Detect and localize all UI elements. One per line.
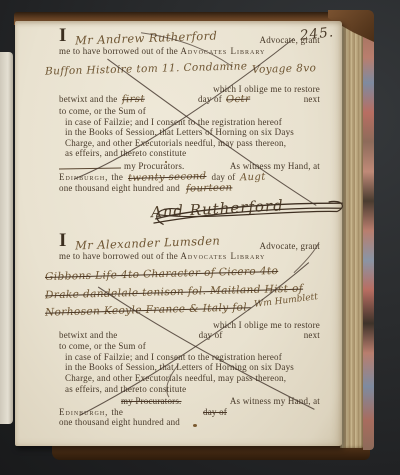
borrow-line: me to have borrowed out of the Advocates… [59, 251, 320, 262]
witness-label: As witness my Hand, at [230, 396, 320, 407]
borrowed-books-list: Gibbons Life 4to Character of Cicero 4to… [45, 264, 320, 318]
register-entry-1: I Mr Andrew Rutherford Advocate, grant m… [59, 29, 320, 224]
edinburgh-date-line: Edinburgh, the day of [59, 407, 320, 418]
failzie-line-3: Charge, and other Executorials needful, … [65, 138, 320, 149]
failzie-line-1: in case of Failzie; and I consent to the… [65, 352, 320, 363]
advocate-grant-label: Advocate, grant [260, 241, 320, 252]
next-label: next [304, 330, 320, 341]
day-of-label: day of [199, 330, 223, 341]
borrower-signature: And Rutherford [150, 193, 351, 229]
borrowed-books-list: Buffon Histoire tom 11. Condamine Voyage… [45, 59, 320, 77]
entry2-opening: I Mr Alexander Lumsden [59, 233, 221, 251]
return-date-line: betwixt and the first day of Octr next [59, 94, 320, 106]
book-title-line: Voyage 8vo [251, 63, 316, 76]
year-line-text: one thousand eight hundred and [59, 183, 180, 193]
marbled-cover-edge [363, 28, 374, 450]
borrow-line-text: me to have borrowed out of the [59, 251, 178, 261]
failzie-line-4: as effeirs, and thereto constitute [65, 148, 320, 159]
edinburgh-label: Edinburgh, [59, 172, 108, 183]
photo-background: 245. I Mr Andrew Rutherford Advocate, gr… [0, 0, 400, 475]
restore-line: which I oblige me to restore [59, 320, 320, 331]
initial-capital: I [59, 230, 66, 251]
return-day-handwritten: first [121, 94, 144, 106]
borrower-name-handwritten: Mr Alexander Lumsden [75, 234, 221, 253]
advocates-library-label: Advocates Library [180, 251, 265, 261]
failzie-line-2: in the Books of Session, that Letters of… [65, 127, 320, 138]
failzie-line-4: as effeirs, and thereto constitute [65, 384, 320, 395]
sum-line: to come, or the Sum of [59, 341, 320, 352]
year-line-text: one thousand eight hundred and [59, 417, 180, 427]
book-title-line: Buffon Histoire tom 11. Condamine [45, 61, 248, 77]
register-page: 245. I Mr Andrew Rutherford Advocate, gr… [15, 21, 342, 446]
next-label: next [304, 94, 320, 105]
year-line: one thousand eight hundred and fourteen [59, 183, 320, 195]
the-label: the [111, 407, 123, 418]
betwixt-label: betwixt and the [59, 94, 118, 105]
book-title-line: Gibbons Life 4to Character of Cicero 4to [45, 266, 278, 283]
witness-label: As witness my Hand, at [230, 161, 320, 172]
failzie-line-1: in case of Failzie; and I consent to the… [65, 117, 320, 128]
register-entry-2: I Mr Alexander Lumsden Advocate, grant m… [59, 234, 320, 428]
edinburgh-label: Edinburgh, [59, 407, 108, 418]
signed-month-handwritten: Augt [240, 171, 266, 183]
signature-text: And Rutherford [150, 197, 284, 222]
borrower-name-handwritten: Mr Andrew Rutherford [75, 29, 218, 48]
return-date-line: betwixt and the day of next [59, 330, 320, 341]
page-fore-edge [340, 24, 364, 448]
procurators-line: my Procurators. As witness my Hand, at [59, 396, 320, 407]
the-label: the [111, 172, 123, 183]
signed-day-handwritten [128, 414, 198, 416]
borrow-line-text: me to have borrowed out of the [59, 46, 178, 56]
previous-page-edge [0, 52, 13, 424]
procurators-label: my Procurators. [124, 161, 185, 172]
failzie-line-3: Charge, and other Executorials needful, … [65, 373, 320, 384]
betwixt-label: betwixt and the [59, 330, 118, 341]
year-line: one thousand eight hundred and [59, 417, 320, 428]
book-title-line: Norhosen Keoyle France & Italy fol. [45, 302, 251, 318]
page-content: I Mr Andrew Rutherford Advocate, grant m… [15, 21, 342, 446]
procurators-label: my Procurators. [121, 396, 182, 407]
sum-line: to come, or the Sum of [59, 106, 320, 117]
borrow-line: me to have borrowed out of the Advocates… [59, 46, 320, 57]
failzie-line-2: in the Books of Session, that Letters of… [65, 362, 320, 373]
advocate-grant-label: Advocate, grant [260, 35, 320, 46]
entry1-opening: I Mr Andrew Rutherford [59, 28, 218, 46]
restore-line: which I oblige me to restore [59, 84, 320, 95]
day-of-label: day of [198, 94, 222, 105]
pen-stroke [59, 168, 121, 170]
initial-capital: I [59, 25, 66, 46]
edinburgh-date-line: Edinburgh, the twenty second day of Augt [59, 172, 320, 184]
advocates-library-label: Advocates Library [180, 46, 265, 56]
day-of-label: day of [203, 407, 227, 418]
signed-year-handwritten: fourteen [186, 183, 233, 196]
return-month-handwritten: Octr [226, 94, 251, 106]
procurators-line: my Procurators. As witness my Hand, at [59, 161, 320, 172]
day-of-label: day of [212, 172, 236, 183]
